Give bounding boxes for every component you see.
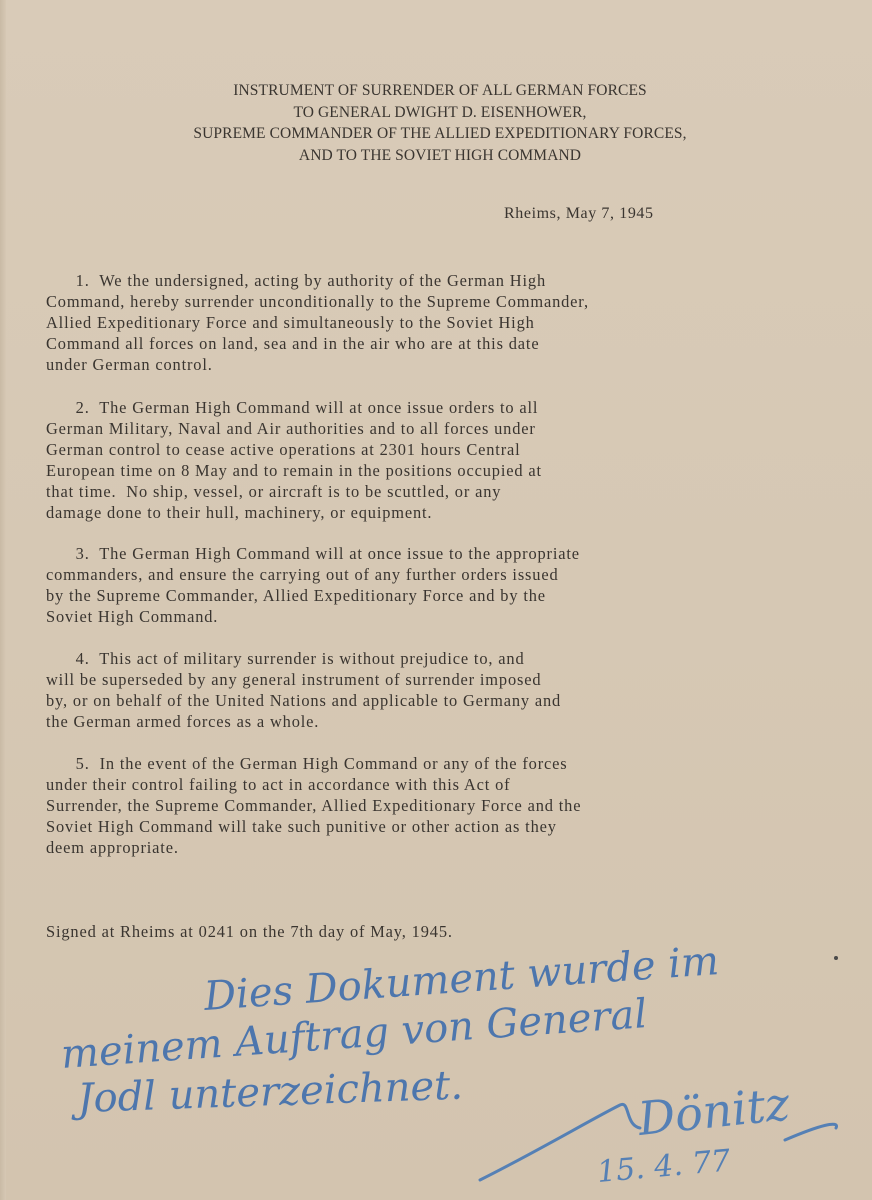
signed-line: Signed at Rheims at 0241 on the 7th day …	[46, 922, 453, 942]
paragraph-line: deem appropriate.	[46, 837, 846, 858]
paragraph-2: 2. The German High Command will at once …	[46, 397, 846, 523]
paragraph-line: 5. In the event of the German High Comma…	[46, 753, 846, 774]
paragraph-line: that time. No ship, vessel, or aircraft …	[46, 481, 846, 502]
paragraph-line: by, or on behalf of the United Nations a…	[46, 690, 846, 711]
paragraph-4: 4. This act of military surrender is wit…	[46, 648, 846, 732]
document-title: INSTRUMENT OF SURRENDER OF ALL GERMAN FO…	[60, 80, 820, 166]
paragraph-1: 1. We the undersigned, acting by authori…	[46, 270, 846, 375]
paragraph-line: the German armed forces as a whole.	[46, 711, 846, 732]
paragraph-5: 5. In the event of the German High Comma…	[46, 753, 846, 858]
title-line: INSTRUMENT OF SURRENDER OF ALL GERMAN FO…	[60, 80, 820, 102]
paragraph-line: damage done to their hull, machinery, or…	[46, 502, 846, 523]
paragraph-3: 3. The German High Command will at once …	[46, 543, 846, 627]
paragraph-line: German Military, Naval and Air authoriti…	[46, 418, 846, 439]
paragraph-line: Allied Expeditionary Force and simultane…	[46, 312, 846, 333]
paper-edge	[0, 0, 6, 1200]
paragraph-line: 2. The German High Command will at once …	[46, 397, 846, 418]
place-date: Rheims, May 7, 1945	[504, 205, 654, 223]
paragraph-line: under German control.	[46, 354, 846, 375]
paragraph-line: German control to cease active operation…	[46, 439, 846, 460]
paragraph-line: European time on 8 May and to remain in …	[46, 460, 846, 481]
title-line: SUPREME COMMANDER OF THE ALLIED EXPEDITI…	[60, 123, 820, 145]
paragraph-line: commanders, and ensure the carrying out …	[46, 564, 846, 585]
paragraph-line: 4. This act of military surrender is wit…	[46, 648, 846, 669]
paragraph-line: Command all forces on land, sea and in t…	[46, 333, 846, 354]
title-line: TO GENERAL DWIGHT D. EISENHOWER,	[60, 102, 820, 124]
paragraph-line: 3. The German High Command will at once …	[46, 543, 846, 564]
paragraph-line: Command, hereby surrender unconditionall…	[46, 291, 846, 312]
paragraph-line: 1. We the undersigned, acting by authori…	[46, 270, 846, 291]
paragraph-line: under their control failing to act in ac…	[46, 774, 846, 795]
paragraph-line: Soviet High Command will take such punit…	[46, 816, 846, 837]
paragraph-line: by the Supreme Commander, Allied Expedit…	[46, 585, 846, 606]
paragraph-line: will be superseded by any general instru…	[46, 669, 846, 690]
paragraph-line: Surrender, the Supreme Commander, Allied…	[46, 795, 846, 816]
title-line: AND TO THE SOVIET HIGH COMMAND	[60, 145, 820, 167]
paragraph-line: Soviet High Command.	[46, 606, 846, 627]
